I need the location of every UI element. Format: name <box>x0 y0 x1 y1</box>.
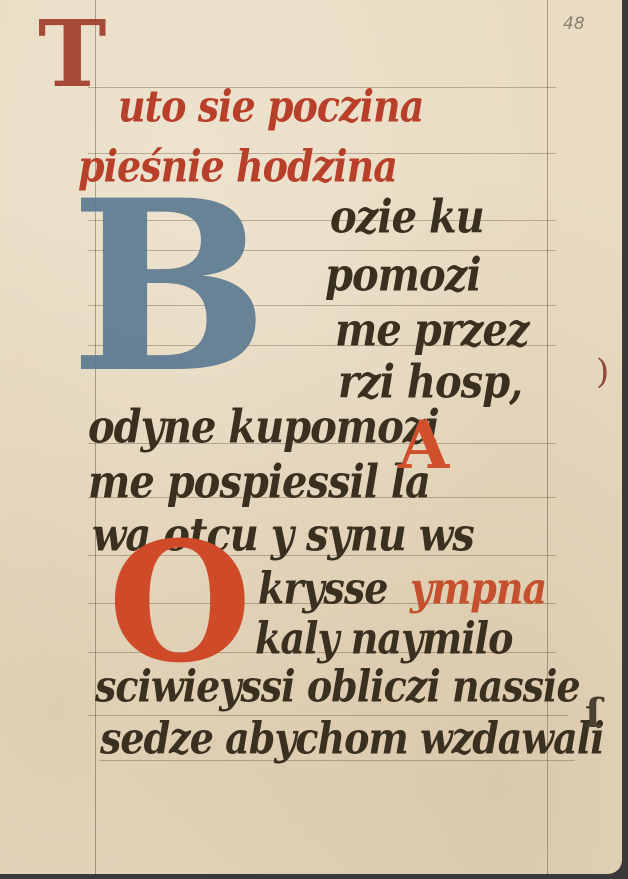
red-initial-a: A <box>398 412 449 478</box>
text-line-2: pomozi <box>325 248 481 302</box>
margin-flourish-mark: ) <box>596 352 609 392</box>
heading-initial: T <box>38 8 106 100</box>
text-line-6: me pospiessil la <box>88 455 430 509</box>
text-line-5: odyne kupomozi <box>88 400 439 454</box>
heading-line-1: uto sie poczina <box>118 80 423 132</box>
manuscript-page: 48 T uto sie poczina pieśnie hodzina B o… <box>0 0 622 874</box>
text-line-11: sedze abychom wzdawali <box>100 712 604 764</box>
decorated-initial-b: B <box>70 170 269 405</box>
rubric-inline: ympna <box>410 562 546 614</box>
text-line-9: kaly naymilo <box>255 612 512 664</box>
text-line-8: krysse <box>258 562 387 614</box>
text-line-10: sciwieyssi obliczi nassie <box>95 660 580 712</box>
text-line-3: me przez <box>335 303 529 357</box>
text-line-1: ozie ku <box>330 190 484 244</box>
margin-long-s-mark: ſ <box>585 690 602 737</box>
folio-number: 48 <box>563 14 585 34</box>
